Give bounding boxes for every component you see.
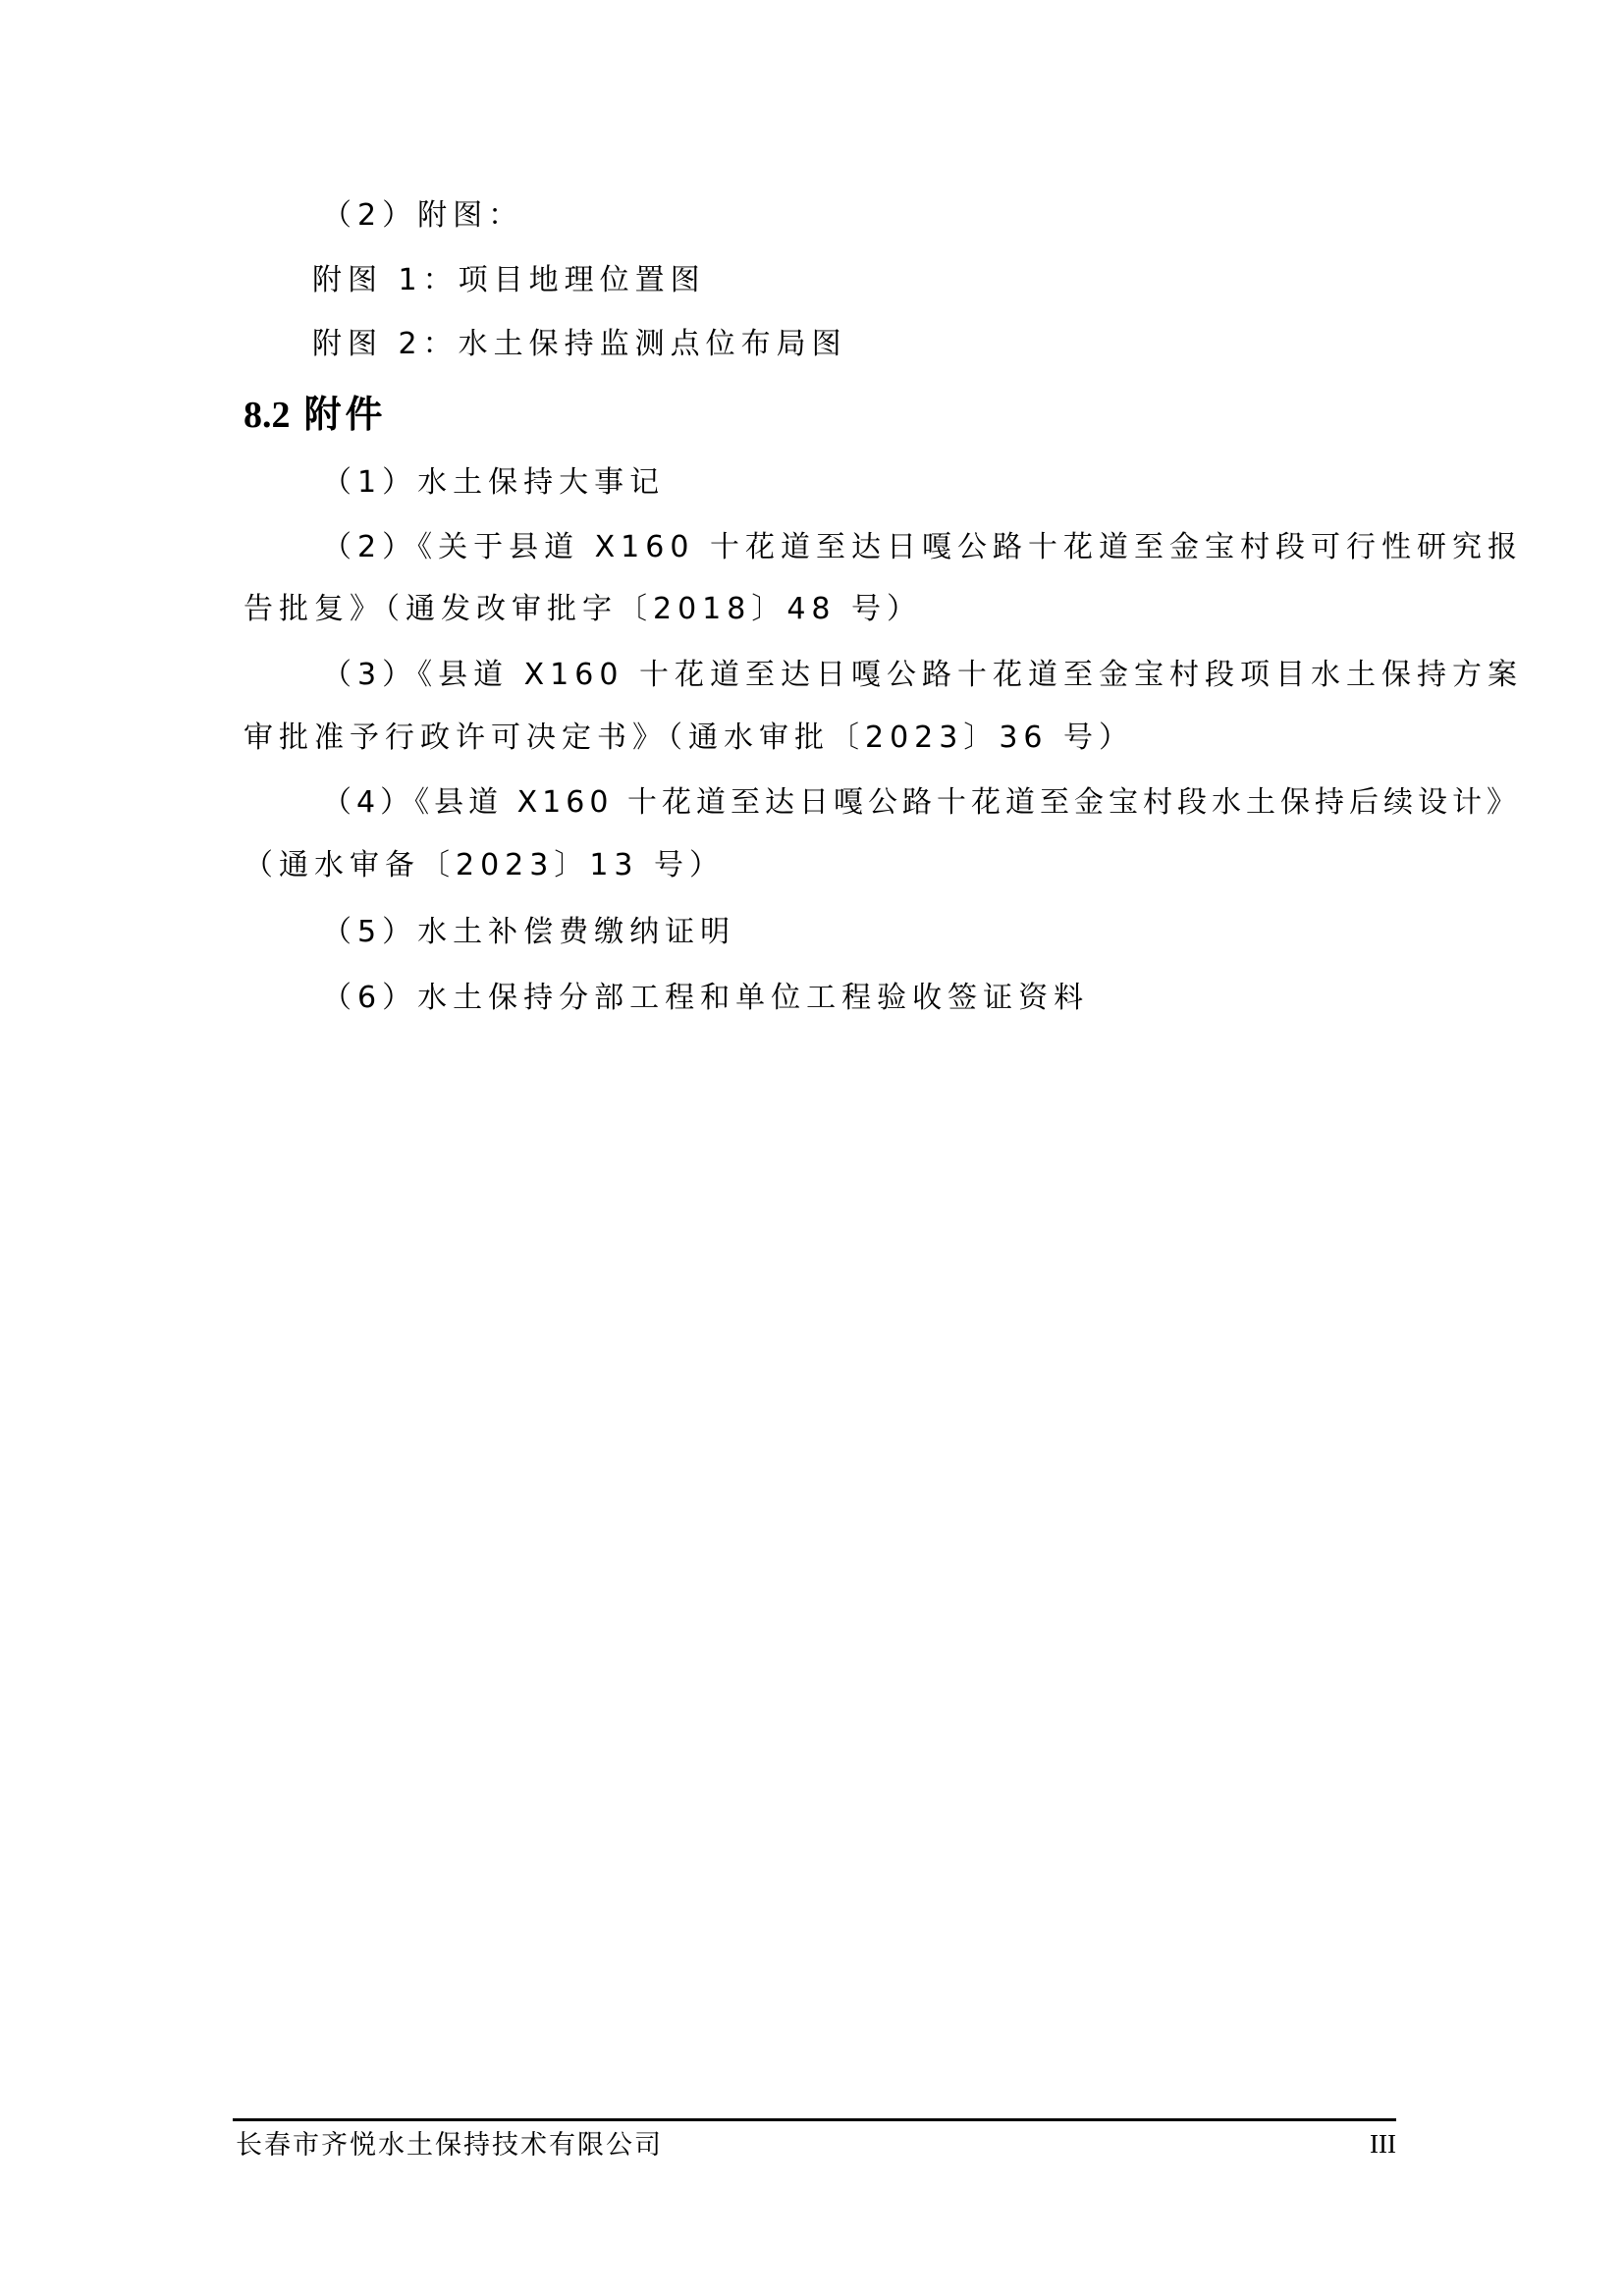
- footer-divider: [233, 2118, 1396, 2121]
- figure-item-1: 附图 1：项目地理位置图: [312, 261, 706, 300]
- attachment-6: （6）水土保持分部工程和单位工程验收签证资料: [322, 979, 1089, 1018]
- section-heading: 8.2附件: [244, 391, 387, 439]
- page-number: III: [1370, 2126, 1396, 2162]
- attachment-4-line-2: （通水审备〔2023〕13 号）: [244, 846, 725, 885]
- attachment-3-line-1: （3）《县道 X160 十花道至达日嘎公路十花道至金宝村段项目水土保持方案: [322, 656, 1523, 695]
- document-page: （2）附图： 附图 1：项目地理位置图 附图 2：水土保持监测点位布局图 8.2…: [0, 0, 1624, 2296]
- footer-company: 长春市齐悦水土保持技术有限公司: [236, 2128, 663, 2163]
- attachment-2-line-1: （2）《关于县道 X160 十花道至达日嘎公路十花道至金宝村段可行性研究报: [322, 528, 1523, 567]
- attachment-2-line-2: 告批复》（通发改审批字〔2018〕48 号）: [244, 590, 922, 629]
- figures-intro: （2）附图：: [322, 196, 523, 236]
- attachment-5: （5）水土补偿费缴纳证明: [322, 913, 735, 952]
- attachment-1: （1）水土保持大事记: [322, 463, 665, 503]
- figure-item-2: 附图 2：水土保持监测点位布局图: [312, 325, 847, 364]
- section-number: 8.2: [244, 395, 291, 436]
- attachment-4-line-1: （4）《县道 X160 十花道至达日嘎公路十花道至金宝村段水土保持后续设计》: [322, 783, 1521, 823]
- attachment-3-line-2: 审批准予行政许可决定书》（通水审批〔2023〕36 号）: [244, 719, 1134, 758]
- section-title: 附件: [304, 393, 387, 436]
